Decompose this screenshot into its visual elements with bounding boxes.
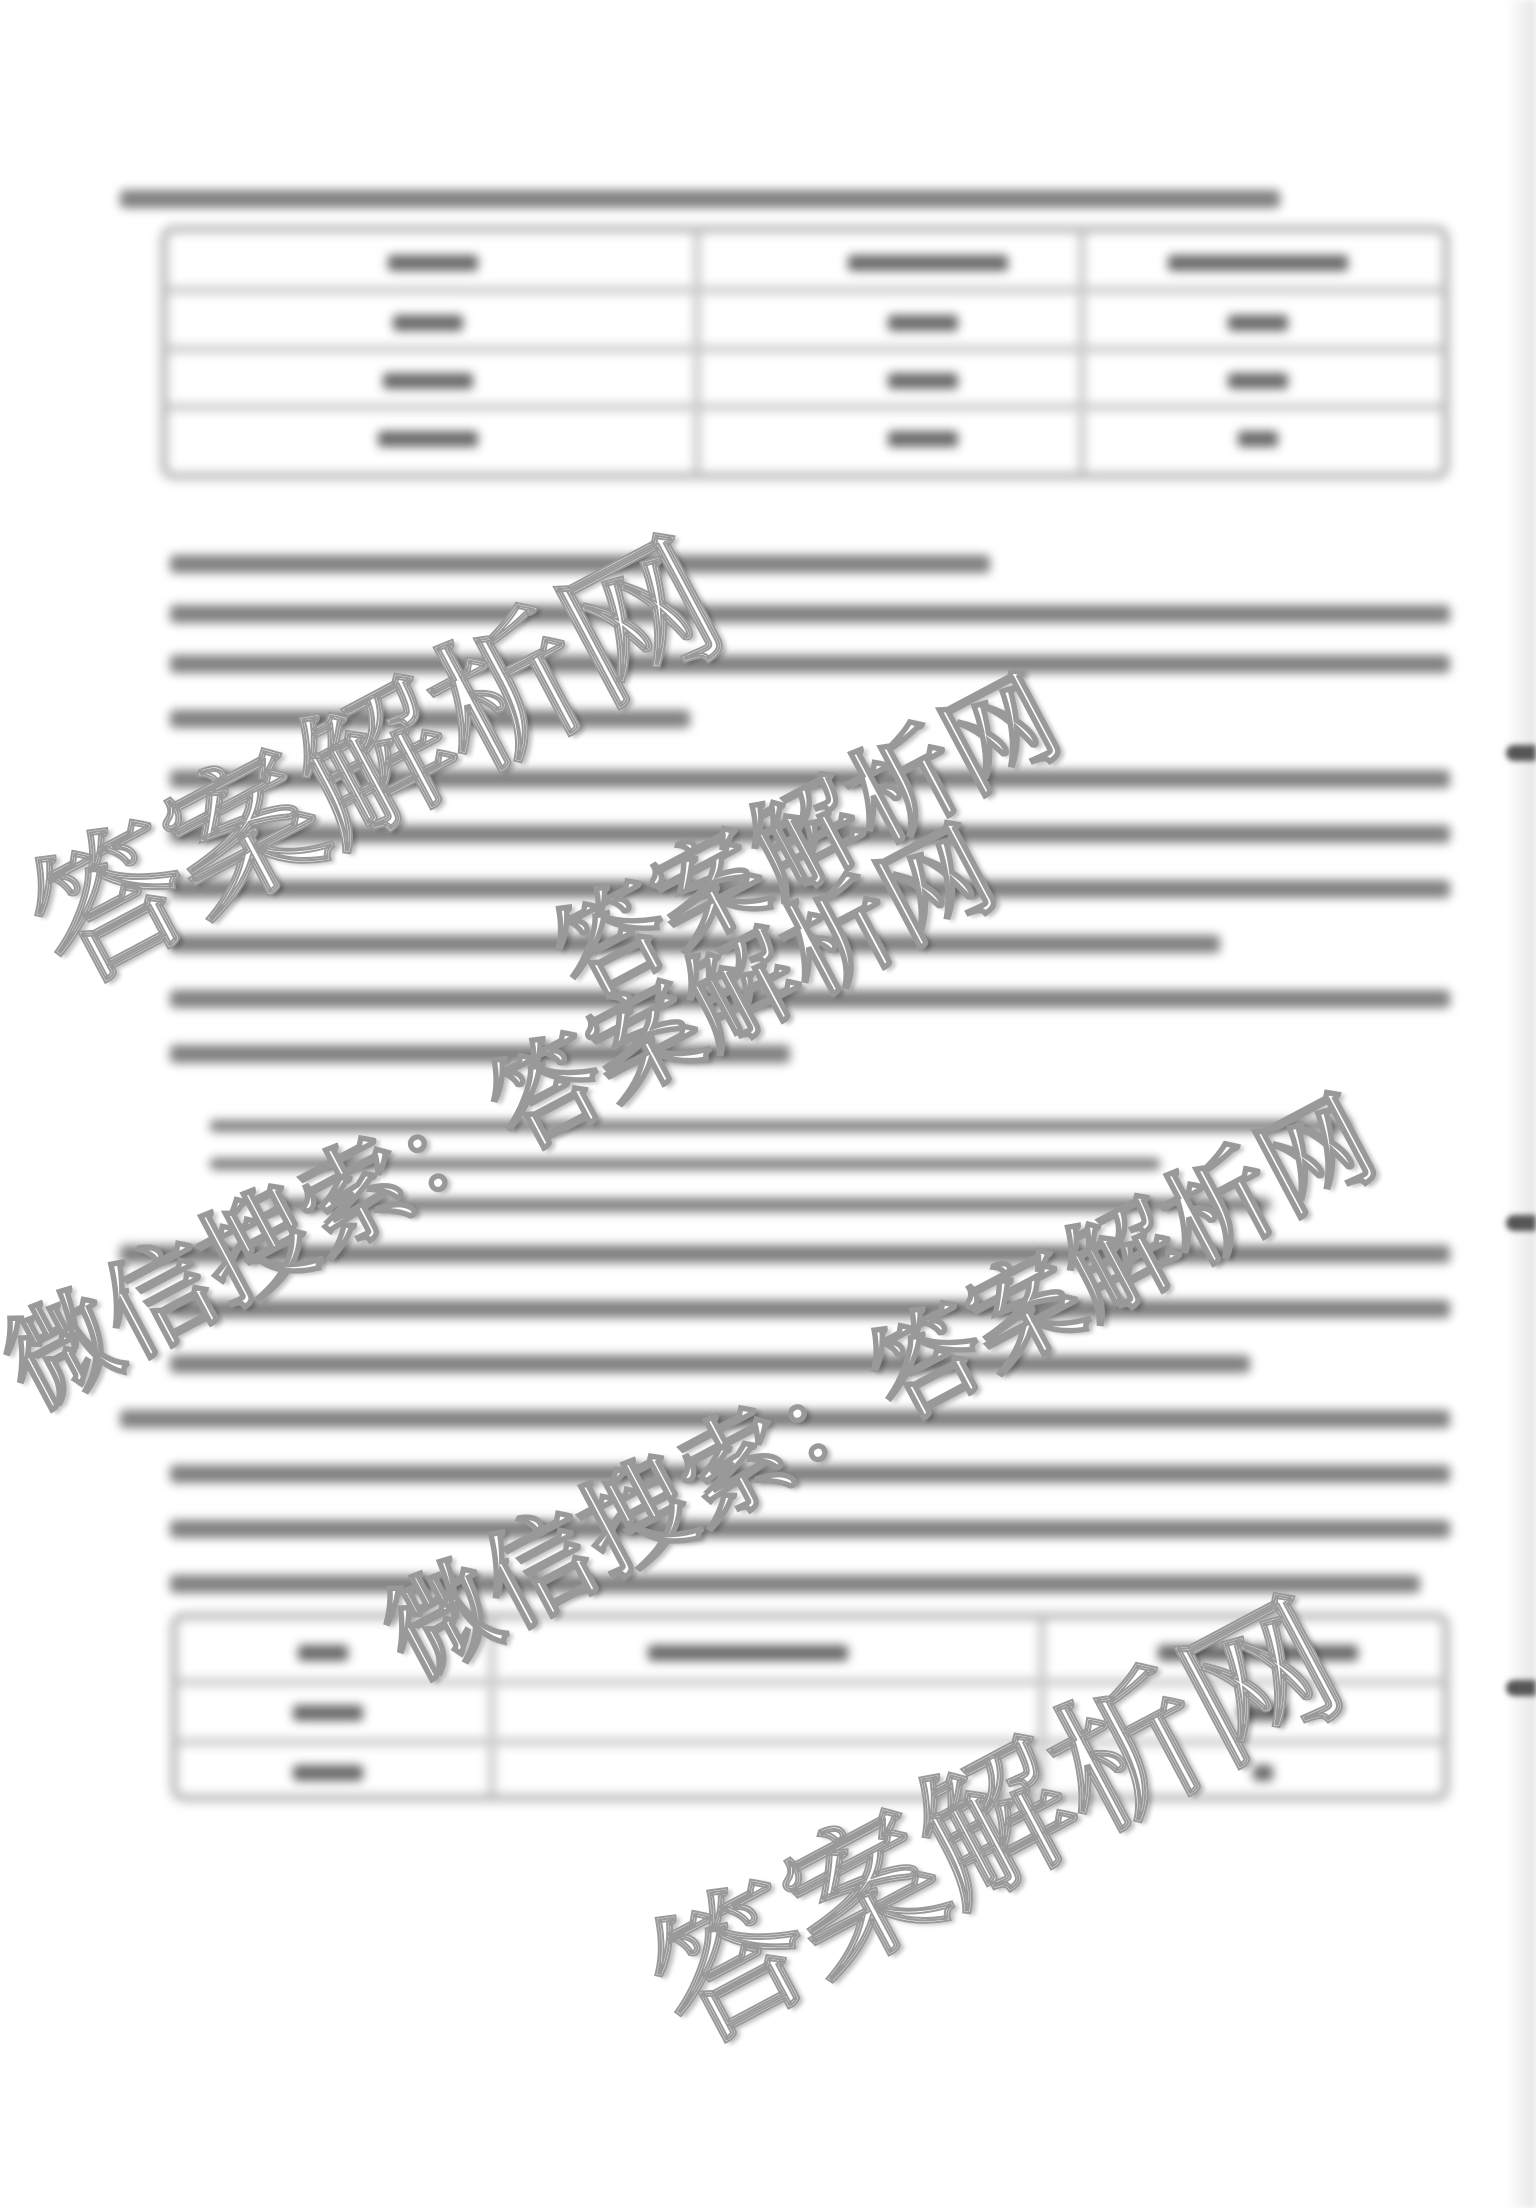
text-line	[120, 1410, 1450, 1428]
text-line	[170, 1520, 1450, 1538]
text-line	[170, 935, 1220, 953]
data-table-2	[170, 1612, 1450, 1802]
text-line	[170, 880, 1450, 898]
text-line	[170, 990, 1450, 1008]
text-line	[210, 1120, 1350, 1132]
text-line	[120, 190, 1280, 208]
text-line	[170, 1355, 1250, 1373]
text-line	[170, 770, 1450, 788]
text-line	[120, 1245, 1450, 1263]
text-line	[170, 1045, 790, 1063]
data-table-1	[160, 225, 1450, 480]
text-line	[170, 1465, 1450, 1483]
text-line	[170, 710, 690, 728]
text-line	[170, 605, 1450, 623]
scroll-marker	[1506, 1215, 1536, 1231]
text-line	[170, 555, 990, 573]
text-line	[170, 655, 1450, 673]
text-line	[170, 1575, 1420, 1593]
text-line	[270, 1198, 1270, 1212]
scroll-marker	[1506, 1680, 1536, 1696]
text-line	[170, 1300, 1450, 1318]
scrollbar[interactable]	[1506, 0, 1536, 2208]
document-page	[0, 0, 1500, 2208]
scroll-marker	[1506, 745, 1536, 761]
text-line	[170, 825, 1450, 843]
text-line	[210, 1158, 1160, 1170]
